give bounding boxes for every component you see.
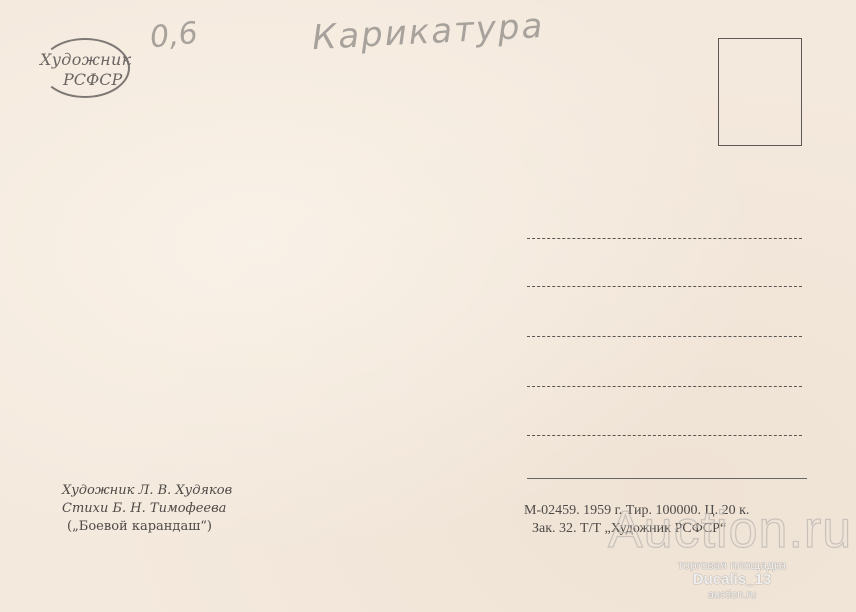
address-line xyxy=(527,435,802,436)
credits-artist: Художник Л. В. Худяков xyxy=(62,482,232,500)
stamp-box xyxy=(718,38,802,146)
postcard-back: Художник РСФСР 0,6 Карикатура Художник Л… xyxy=(0,0,856,612)
watermark-subtitle: торговая площадка xyxy=(662,558,802,572)
address-line xyxy=(527,386,802,387)
watermark-brand: Auction.ru xyxy=(608,500,852,560)
address-line xyxy=(527,238,802,239)
watermark-seller: Ducalis_13 xyxy=(662,571,802,588)
credits-series: („Боевой карандаш“) xyxy=(62,518,232,536)
address-line xyxy=(527,286,802,287)
watermark-site: auction.ru xyxy=(662,589,802,601)
address-line xyxy=(527,336,802,337)
pencil-note-category: Карикатура xyxy=(311,6,545,58)
credits-block: Художник Л. В. Худяков Стихи Б. Н. Тимоф… xyxy=(62,482,232,536)
logo-text-line2: РСФСР xyxy=(63,70,122,89)
address-line-solid xyxy=(527,478,807,479)
pencil-note-number: 0,6 xyxy=(148,16,199,56)
credits-poems: Стихи Б. Н. Тимофеева xyxy=(62,500,232,518)
logo-text-line1: Художник xyxy=(40,50,130,69)
